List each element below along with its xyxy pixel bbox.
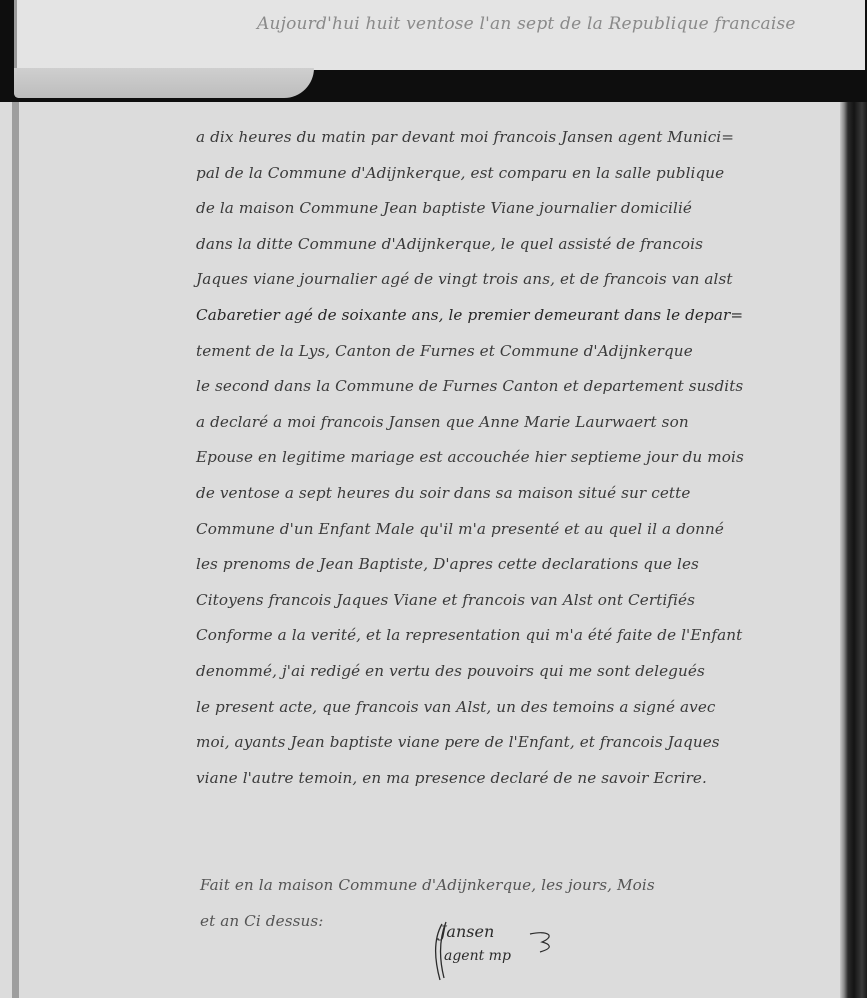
entry-line: le second dans la Commune de Furnes Cant… xyxy=(196,369,836,405)
entry-line: pal de la Commune d'Adijnkerque, est com… xyxy=(196,156,836,192)
entry-line: Commune d'un Enfant Male qu'il m'a prese… xyxy=(196,512,836,548)
entry-line: Conforme a la verité, et la representati… xyxy=(196,618,836,654)
previous-page-text: Aujourd'hui huit ventose l'an sept de la… xyxy=(257,14,857,34)
margin-rule-line xyxy=(12,102,19,998)
entry-line: moi, ayants Jean baptiste viane pere de … xyxy=(196,725,836,761)
entry-body: a dix heures du matin par devant moi fra… xyxy=(196,120,836,796)
entry-line: denommé, j'ai redigé en vertu des pouvoi… xyxy=(196,654,836,690)
entry-line: Cabaretier agé de soixante ans, le premi… xyxy=(196,298,836,334)
entry-line: a declaré a moi francois Jansen que Anne… xyxy=(196,405,836,441)
signature-title: agent mp xyxy=(444,948,511,964)
entry-line: de ventose a sept heures du soir dans sa… xyxy=(196,476,836,512)
entry-line: viane l'autre temoin, en ma presence dec… xyxy=(196,761,836,797)
entry-line: de la maison Commune Jean baptiste Viane… xyxy=(196,191,836,227)
entry-line: a dix heures du matin par devant moi fra… xyxy=(196,120,836,156)
closing-line: Fait en la maison Commune d'Adijnkerque,… xyxy=(200,868,840,904)
entry-line: dans la ditte Commune d'Adijnkerque, le … xyxy=(196,227,836,263)
entry-line: le present acte, que francois van Alst, … xyxy=(196,690,836,726)
entry-line: les prenoms de Jean Baptiste, D'apres ce… xyxy=(196,547,836,583)
entry-line: Jaques viane journalier agé de vingt tro… xyxy=(196,262,836,298)
agent-signature: Jansen agent mp xyxy=(430,918,590,988)
signature-name: Jansen xyxy=(440,922,494,941)
entry-line: tement de la Lys, Canton de Furnes et Co… xyxy=(196,334,836,370)
entry-line: Citoyens francois Jaques Viane et franco… xyxy=(196,583,836,619)
entry-line: Epouse en legitime mariage est accouchée… xyxy=(196,440,836,476)
previous-page-fold: Aujourd'hui huit ventose l'an sept de la… xyxy=(14,0,865,70)
book-spine-edge xyxy=(840,102,867,998)
page-curl-shadow xyxy=(14,68,314,98)
